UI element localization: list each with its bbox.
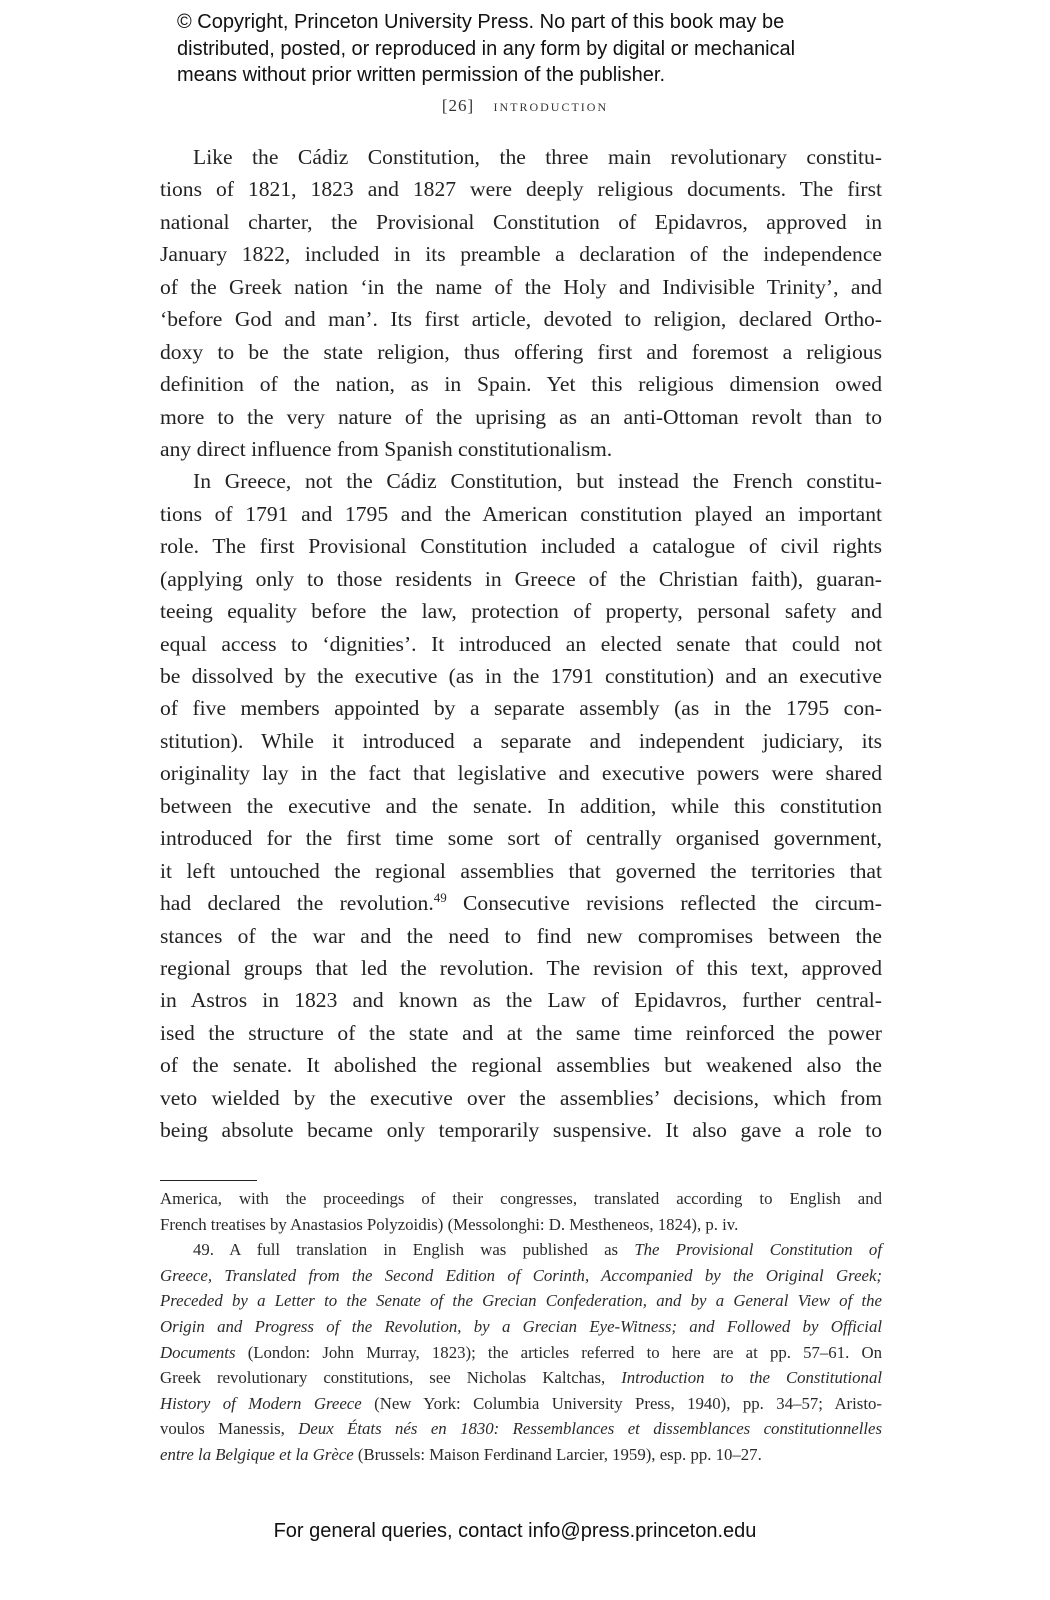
text-line: of the senate. It abolished the regional… <box>160 1049 882 1081</box>
text-line: more to the very nature of the uprising … <box>160 401 882 433</box>
copyright-line: distributed, posted, or reproduced in an… <box>177 36 877 63</box>
footnote-title: The Provisional Constitution of <box>634 1240 882 1259</box>
text-line: national charter, the Provisional Consti… <box>160 206 882 238</box>
text-line: of the Greek nation ‘in the name of the … <box>160 271 882 303</box>
footnote-49-line: Greece, Translated from the Second Editi… <box>160 1263 882 1289</box>
text-line: be dissolved by the executive (as in the… <box>160 660 882 692</box>
text-segment: had declared the revolution. <box>160 891 434 915</box>
footnotes: America, with the proceedings of their c… <box>160 1186 882 1468</box>
footnote-reference-49[interactable]: 49 <box>434 890 447 905</box>
text-line: being absolute became only temporarily s… <box>160 1114 882 1146</box>
footnote-49-line: Origin and Progress of the Revolution, b… <box>160 1314 882 1340</box>
footnote-49-line: Preceded by a Letter to the Senate of th… <box>160 1288 882 1314</box>
text-line-with-footnote-ref: had declared the revolution.49 Consecuti… <box>160 887 882 919</box>
copyright-notice: © Copyright, Princeton University Press.… <box>177 9 877 89</box>
text-line: (applying only to those residents in Gre… <box>160 563 882 595</box>
text-line: ised the structure of the state and at t… <box>160 1017 882 1049</box>
footnote-title: Documents <box>160 1343 236 1362</box>
text-line: role. The first Provisional Constitution… <box>160 530 882 562</box>
running-head: [26] INTRODUCTION <box>0 96 1050 116</box>
footnote-continued-line: America, with the proceedings of their c… <box>160 1186 882 1212</box>
text-segment: Consecutive revisions reflected the circ… <box>447 891 882 915</box>
footnote-title: Introduction to the Constitutional <box>621 1368 882 1387</box>
footnote-separator <box>160 1180 257 1181</box>
text-line: definition of the nation, as in Spain. Y… <box>160 368 882 400</box>
footnote-title: Preceded by a Letter to the Senate of th… <box>160 1291 882 1310</box>
text-line: teeing equality before the law, protecti… <box>160 595 882 627</box>
footnote-49-line: entre la Belgique et la Grèce (Brussels:… <box>160 1442 882 1468</box>
footnote-49-line: Greek revolutionary constitutions, see N… <box>160 1365 882 1391</box>
footnote-text: Greek revolutionary constitutions, see N… <box>160 1368 621 1387</box>
text-line: it left untouched the regional assemblie… <box>160 855 882 887</box>
footnote-text: 49. A full translation in English was pu… <box>193 1240 634 1259</box>
footnote-text: (London: John Murray, 1823); the article… <box>236 1343 883 1362</box>
copyright-line: © Copyright, Princeton University Press.… <box>177 9 877 36</box>
text-line: equal access to ‘dignities’. It introduc… <box>160 628 882 660</box>
text-line: ‘before God and man’. Its first article,… <box>160 303 882 335</box>
text-line: of five members appointed by a separate … <box>160 692 882 724</box>
footnote-title: History of Modern Greece <box>160 1394 362 1413</box>
text-line: stitution). While it introduced a separa… <box>160 725 882 757</box>
footnote-continued-line: French treatises by Anastasios Polyzoidi… <box>160 1212 882 1238</box>
footnote-text: (Brussels: Maison Ferdinand Larcier, 195… <box>354 1445 762 1464</box>
copyright-line: means without prior written permission o… <box>177 62 877 89</box>
text-line: in Astros in 1823 and known as the Law o… <box>160 984 882 1016</box>
text-line: regional groups that led the revolution.… <box>160 952 882 984</box>
footnote-title: Greece, Translated from the Second Editi… <box>160 1266 882 1285</box>
text-line: tions of 1791 and 1795 and the American … <box>160 498 882 530</box>
text-line: originality lay in the fact that legisla… <box>160 757 882 789</box>
footnote-title: Deux États nés en 1830: Ressemblances et… <box>298 1419 882 1438</box>
text-line: stances of the war and the need to find … <box>160 920 882 952</box>
footnote-49-line: History of Modern Greece (New York: Colu… <box>160 1391 882 1417</box>
text-line: between the executive and the senate. In… <box>160 790 882 822</box>
footnote-title: Origin and Progress of the Revolution, b… <box>160 1317 882 1336</box>
text-line: tions of 1821, 1823 and 1827 were deeply… <box>160 173 882 205</box>
section-title: INTRODUCTION <box>493 96 608 115</box>
contact-footer: For general queries, contact info@press.… <box>0 1520 1030 1543</box>
text-line: any direct influence from Spanish consti… <box>160 433 882 465</box>
footnote-49-line: Documents (London: John Murray, 1823); t… <box>160 1340 882 1366</box>
text-line: In Greece, not the Cádiz Constitution, b… <box>160 465 882 497</box>
footnote-49-line: voulos Manessis, Deux États nés en 1830:… <box>160 1416 882 1442</box>
text-line: veto wielded by the executive over the a… <box>160 1082 882 1114</box>
body-text: Like the Cádiz Constitution, the three m… <box>160 141 882 1147</box>
footnote-49-line: 49. A full translation in English was pu… <box>160 1237 882 1263</box>
text-line: doxy to be the state religion, thus offe… <box>160 336 882 368</box>
text-line: Like the Cádiz Constitution, the three m… <box>160 141 882 173</box>
text-line: January 1822, included in its preamble a… <box>160 238 882 270</box>
text-line: introduced for the first time some sort … <box>160 822 882 854</box>
footnote-title: entre la Belgique et la Grèce <box>160 1445 354 1464</box>
page-number: [26] <box>442 96 474 115</box>
footnote-text: (New York: Columbia University Press, 19… <box>362 1394 882 1413</box>
footnote-text: voulos Manessis, <box>160 1419 298 1438</box>
